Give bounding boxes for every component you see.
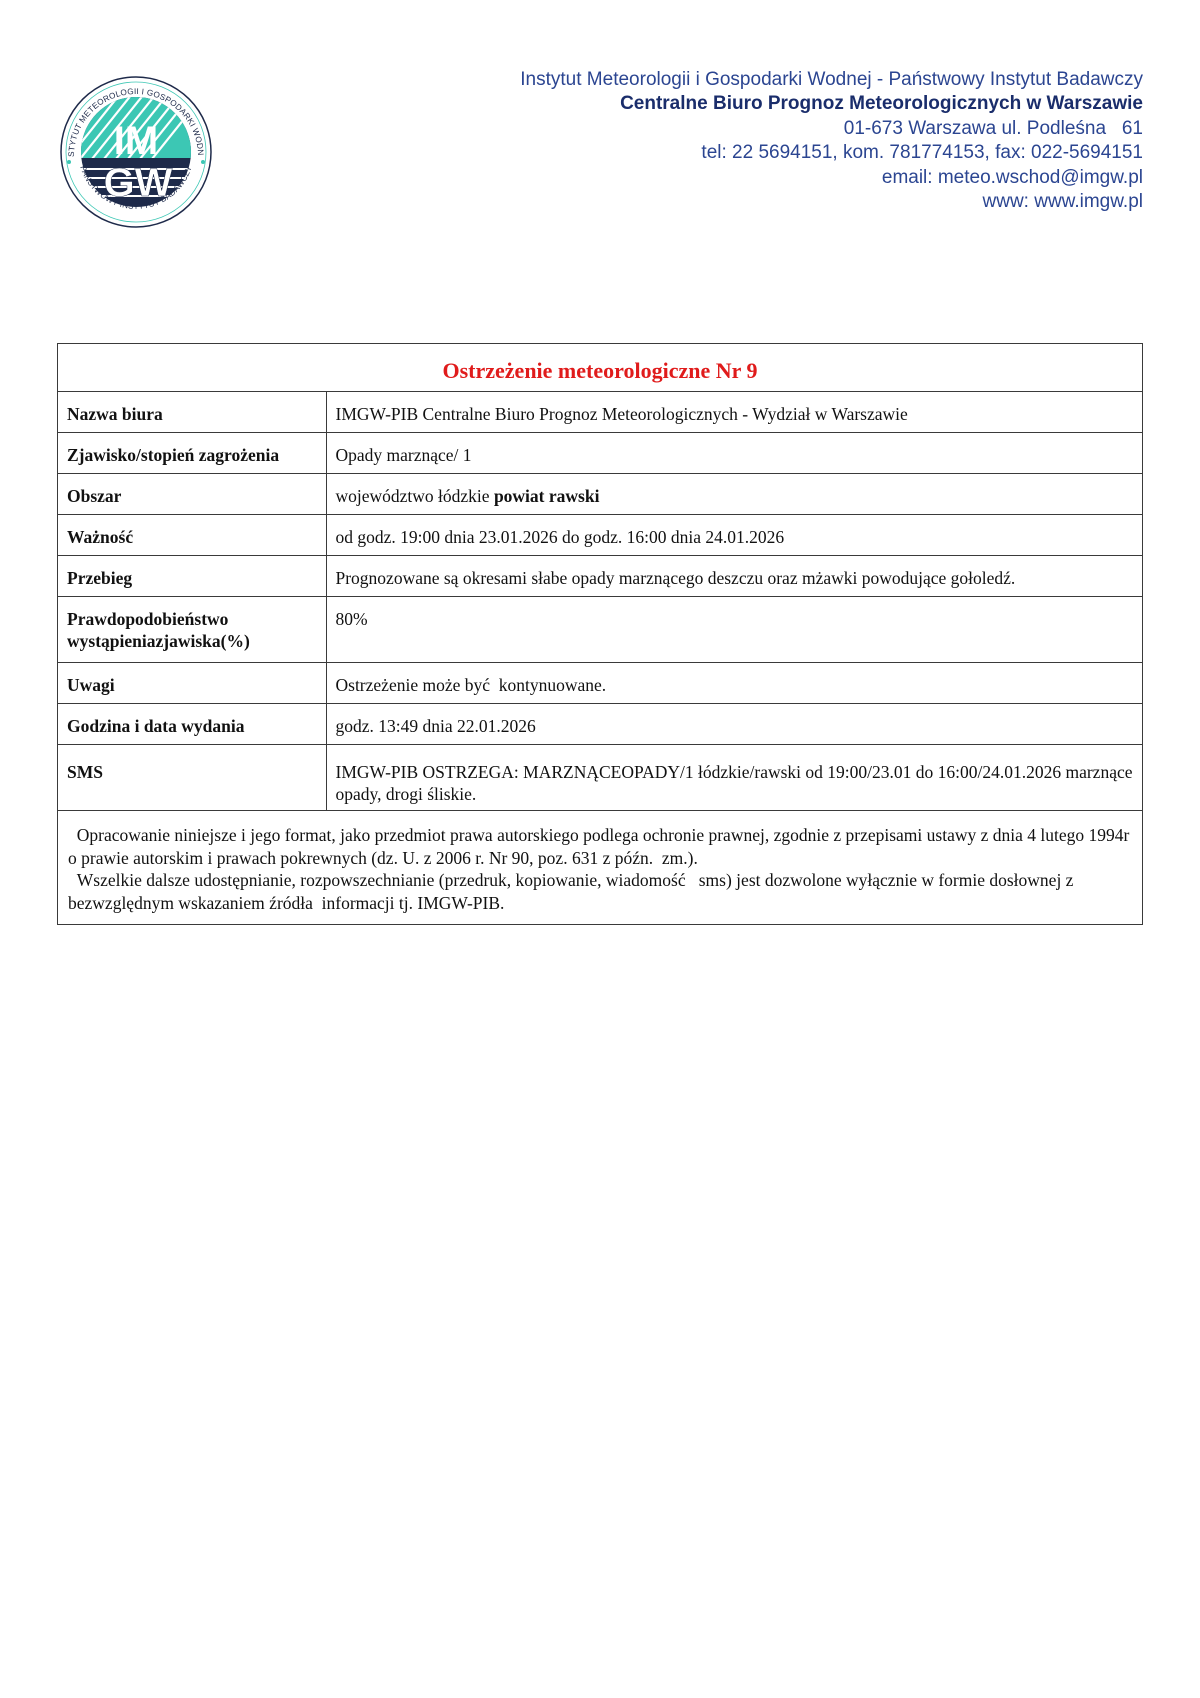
row-value: Opady marznące/ 1: [326, 432, 1142, 473]
address: 01-673 Warszawa ul. Podleśna 61: [520, 117, 1143, 141]
institute-name: Instytut Meteorologii i Gospodarki Wodne…: [520, 68, 1143, 92]
row-label: Prawdopodobieństwo wystąpieniazjawiska(%…: [58, 596, 326, 662]
table-row: Prawdopodobieństwo wystąpieniazjawiska(%…: [58, 596, 1142, 662]
table-row: Uwagi Ostrzeżenie może być kontynuowane.: [58, 662, 1142, 703]
row-label: SMS: [58, 744, 326, 810]
row-value: województwo łódzkie powiat rawski: [326, 473, 1142, 514]
imgw-logo-icon: IM GW INSTYTUT METEOROLOGII I GOSPODARKI…: [58, 74, 214, 230]
logo-letters-top: IM: [114, 119, 158, 163]
copyright-paragraph: Opracowanie niniejsze i jego format, jak…: [68, 824, 1132, 869]
institution-header: Instytut Meteorologii i Gospodarki Wodne…: [520, 68, 1143, 214]
warning-box: Ostrzeżenie meteorologiczne Nr 9 Nazwa b…: [57, 343, 1143, 925]
row-label: Godzina i data wydania: [58, 703, 326, 744]
table-row: Przebieg Prognozowane są okresami słabe …: [58, 555, 1142, 596]
row-value: IMGW-PIB Centralne Biuro Prognoz Meteoro…: [326, 391, 1142, 432]
area-county: powiat rawski: [494, 486, 600, 506]
row-label: Nazwa biura: [58, 391, 326, 432]
row-label: Zjawisko/stopień zagrożenia: [58, 432, 326, 473]
phone: tel: 22 5694151, kom. 781774153, fax: 02…: [520, 141, 1143, 165]
table-row: Nazwa biura IMGW-PIB Centralne Biuro Pro…: [58, 391, 1142, 432]
table-row: Zjawisko/stopień zagrożenia Opady marzną…: [58, 432, 1142, 473]
row-label: Uwagi: [58, 662, 326, 703]
bureau-name: Centralne Biuro Prognoz Meteorologicznyc…: [520, 92, 1143, 116]
table-row: Obszar województwo łódzkie powiat rawski: [58, 473, 1142, 514]
warning-title: Ostrzeżenie meteorologiczne Nr 9: [58, 344, 1142, 391]
usage-paragraph: Wszelkie dalsze udostępnianie, rozpowsze…: [68, 869, 1132, 914]
row-label: Przebieg: [58, 555, 326, 596]
www-link[interactable]: www: www.imgw.pl: [520, 190, 1143, 214]
copyright-notice: Opracowanie niniejsze i jego format, jak…: [58, 810, 1142, 924]
email-link[interactable]: email: meteo.wschod@imgw.pl: [520, 166, 1143, 190]
table-row: Godzina i data wydania godz. 13:49 dnia …: [58, 703, 1142, 744]
table-row: Ważność od godz. 19:00 dnia 23.01.2026 d…: [58, 514, 1142, 555]
row-label: Obszar: [58, 473, 326, 514]
row-value: godz. 13:49 dnia 22.01.2026: [326, 703, 1142, 744]
area-voivodeship: województwo łódzkie: [336, 486, 494, 506]
row-value: IMGW-PIB OSTRZEGA: MARZNĄCEOPADY/1 łódzk…: [326, 744, 1142, 810]
row-value: od godz. 19:00 dnia 23.01.2026 do godz. …: [326, 514, 1142, 555]
table-row: SMS IMGW-PIB OSTRZEGA: MARZNĄCEOPADY/1 ł…: [58, 744, 1142, 810]
row-value: Ostrzeżenie może być kontynuowane.: [326, 662, 1142, 703]
row-label: Ważność: [58, 514, 326, 555]
row-value: Prognozowane są okresami słabe opady mar…: [326, 555, 1142, 596]
warning-table: Ostrzeżenie meteorologiczne Nr 9 Nazwa b…: [58, 344, 1142, 810]
row-value: 80%: [326, 596, 1142, 662]
